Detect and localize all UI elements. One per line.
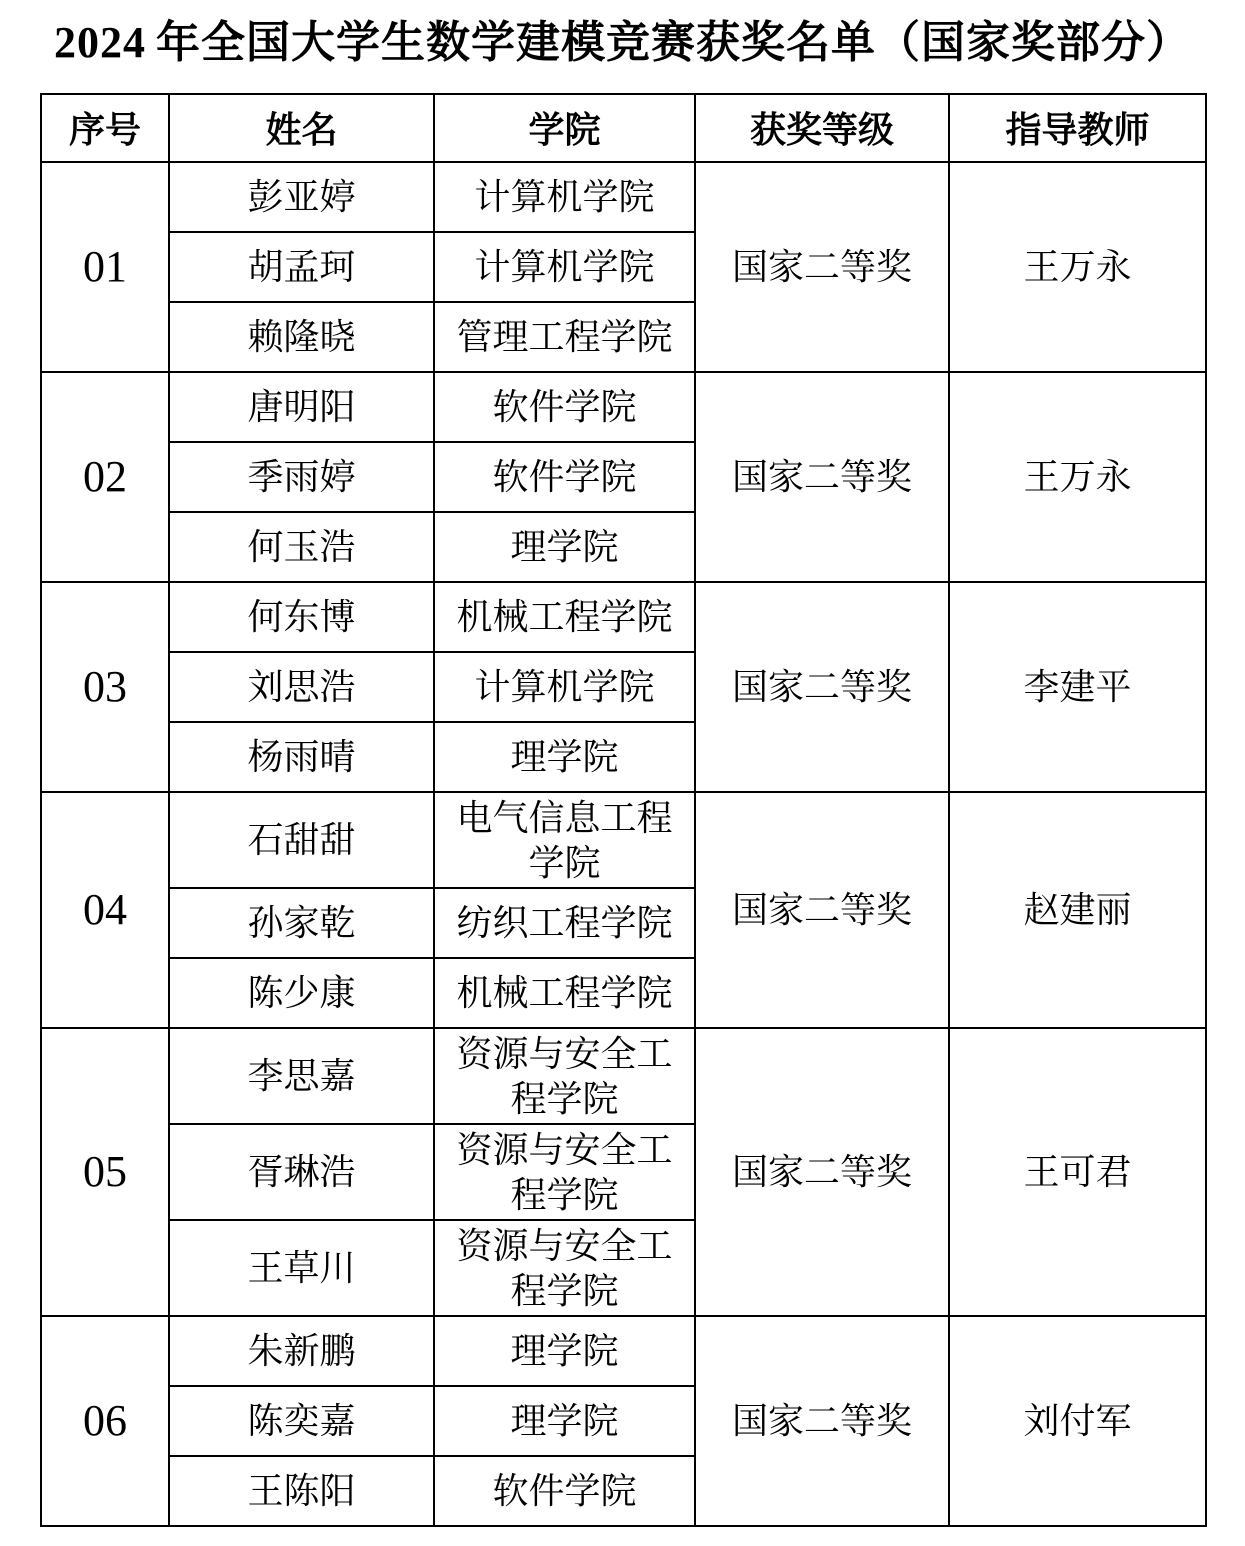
college-cell: 理学院 bbox=[434, 722, 695, 792]
serial-cell: 02 bbox=[41, 372, 169, 582]
serial-cell: 03 bbox=[41, 582, 169, 792]
document-page: 2024年全国大学生数学建模竞赛获奖名单（国家奖部分） 序号 姓名 学院 获奖等… bbox=[0, 0, 1245, 1546]
teacher-cell: 李建平 bbox=[949, 582, 1206, 792]
name-cell: 陈少康 bbox=[169, 958, 434, 1028]
college-cell: 理学院 bbox=[434, 1386, 695, 1456]
name-cell: 彭亚婷 bbox=[169, 162, 434, 232]
table-row: 01彭亚婷计算机学院国家二等奖王万永 bbox=[41, 162, 1206, 232]
award-cell: 国家二等奖 bbox=[695, 582, 949, 792]
college-cell: 软件学院 bbox=[434, 1456, 695, 1526]
table-row: 04石甜甜电气信息工程学院国家二等奖赵建丽 bbox=[41, 792, 1206, 888]
college-cell: 计算机学院 bbox=[434, 652, 695, 722]
college-cell: 理学院 bbox=[434, 1316, 695, 1386]
teacher-cell: 王万永 bbox=[949, 162, 1206, 372]
college-cell: 纺织工程学院 bbox=[434, 888, 695, 958]
name-cell: 何玉浩 bbox=[169, 512, 434, 582]
college-cell: 电气信息工程学院 bbox=[434, 792, 695, 888]
name-cell: 胥琳浩 bbox=[169, 1124, 434, 1220]
header-serial: 序号 bbox=[41, 94, 169, 162]
name-cell: 陈奕嘉 bbox=[169, 1386, 434, 1456]
name-cell: 王陈阳 bbox=[169, 1456, 434, 1526]
name-cell: 赖隆晓 bbox=[169, 302, 434, 372]
awards-table: 序号 姓名 学院 获奖等级 指导教师 01彭亚婷计算机学院国家二等奖王万永胡孟珂… bbox=[40, 93, 1207, 1527]
college-cell: 理学院 bbox=[434, 512, 695, 582]
title-text: 年全国大学生数学建模竞赛获奖名单（国家奖部分） bbox=[156, 18, 1191, 67]
name-cell: 何东博 bbox=[169, 582, 434, 652]
college-cell: 软件学院 bbox=[434, 442, 695, 512]
name-cell: 孙家乾 bbox=[169, 888, 434, 958]
header-college: 学院 bbox=[434, 94, 695, 162]
college-cell: 机械工程学院 bbox=[434, 958, 695, 1028]
header-row: 序号 姓名 学院 获奖等级 指导教师 bbox=[41, 94, 1206, 162]
college-cell: 管理工程学院 bbox=[434, 302, 695, 372]
header-award: 获奖等级 bbox=[695, 94, 949, 162]
serial-cell: 04 bbox=[41, 792, 169, 1028]
title-year: 2024 bbox=[54, 18, 146, 67]
table-row: 06朱新鹏理学院国家二等奖刘付军 bbox=[41, 1316, 1206, 1386]
header-teacher: 指导教师 bbox=[949, 94, 1206, 162]
college-cell: 资源与安全工程学院 bbox=[434, 1220, 695, 1316]
serial-cell: 05 bbox=[41, 1028, 169, 1316]
name-cell: 朱新鹏 bbox=[169, 1316, 434, 1386]
college-cell: 机械工程学院 bbox=[434, 582, 695, 652]
teacher-cell: 王万永 bbox=[949, 372, 1206, 582]
name-cell: 石甜甜 bbox=[169, 792, 434, 888]
name-cell: 季雨婷 bbox=[169, 442, 434, 512]
college-cell: 软件学院 bbox=[434, 372, 695, 442]
page-title: 2024年全国大学生数学建模竞赛获奖名单（国家奖部分） bbox=[40, 18, 1205, 69]
teacher-cell: 王可君 bbox=[949, 1028, 1206, 1316]
table-row: 02唐明阳软件学院国家二等奖王万永 bbox=[41, 372, 1206, 442]
table-row: 03何东博机械工程学院国家二等奖李建平 bbox=[41, 582, 1206, 652]
serial-cell: 06 bbox=[41, 1316, 169, 1526]
award-cell: 国家二等奖 bbox=[695, 162, 949, 372]
name-cell: 李思嘉 bbox=[169, 1028, 434, 1124]
college-cell: 资源与安全工程学院 bbox=[434, 1124, 695, 1220]
teacher-cell: 赵建丽 bbox=[949, 792, 1206, 1028]
name-cell: 刘思浩 bbox=[169, 652, 434, 722]
header-name: 姓名 bbox=[169, 94, 434, 162]
serial-cell: 01 bbox=[41, 162, 169, 372]
name-cell: 唐明阳 bbox=[169, 372, 434, 442]
college-cell: 计算机学院 bbox=[434, 162, 695, 232]
college-cell: 资源与安全工程学院 bbox=[434, 1028, 695, 1124]
teacher-cell: 刘付军 bbox=[949, 1316, 1206, 1526]
college-cell: 计算机学院 bbox=[434, 232, 695, 302]
name-cell: 王草川 bbox=[169, 1220, 434, 1316]
award-cell: 国家二等奖 bbox=[695, 1316, 949, 1526]
name-cell: 胡孟珂 bbox=[169, 232, 434, 302]
award-cell: 国家二等奖 bbox=[695, 1028, 949, 1316]
award-cell: 国家二等奖 bbox=[695, 372, 949, 582]
table-row: 05李思嘉资源与安全工程学院国家二等奖王可君 bbox=[41, 1028, 1206, 1124]
award-cell: 国家二等奖 bbox=[695, 792, 949, 1028]
name-cell: 杨雨晴 bbox=[169, 722, 434, 792]
